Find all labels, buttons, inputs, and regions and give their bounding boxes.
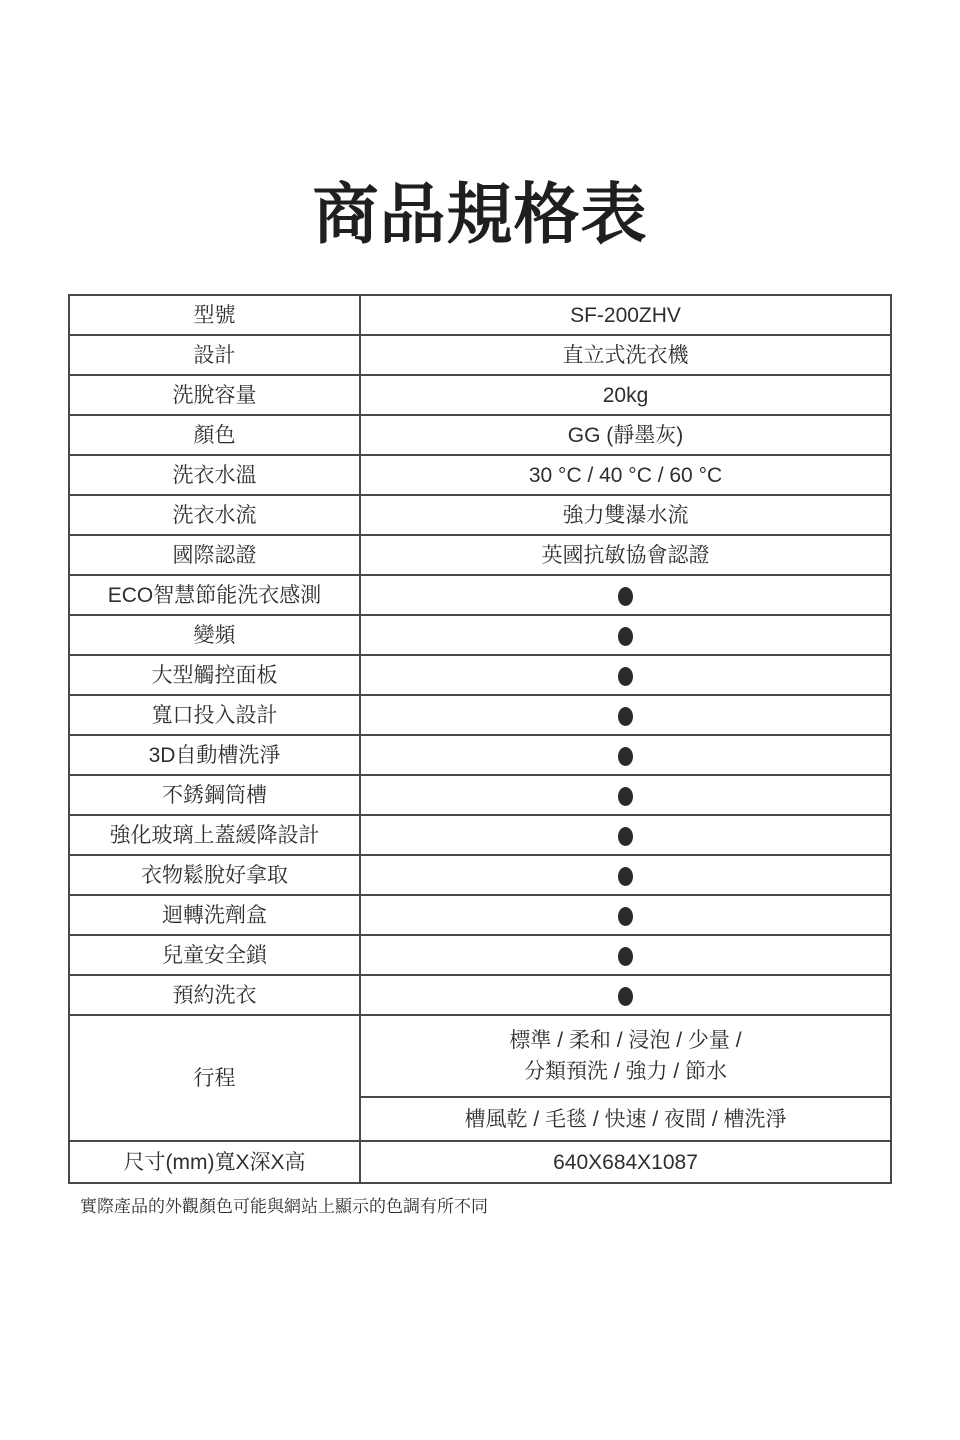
spec-row: 不銹鋼筒槽 <box>69 775 891 815</box>
feature-dot-cell <box>360 855 891 895</box>
spec-label: 強化玻璃上蓋緩降設計 <box>69 815 360 855</box>
spec-row: 強化玻璃上蓋緩降設計 <box>69 815 891 855</box>
program-values-top: 標準 / 柔和 / 浸泡 / 少量 /分類預洗 / 強力 / 節水 <box>360 1015 891 1097</box>
feature-included-dot-icon <box>618 827 633 846</box>
feature-included-dot-icon <box>618 667 633 686</box>
spec-table: 型號SF-200ZHV設計直立式洗衣機洗脫容量20kg顏色GG (靜墨灰)洗衣水… <box>68 294 892 1184</box>
spec-label: 預約洗衣 <box>69 975 360 1015</box>
spec-label: 尺寸(mm)寬X深X高 <box>69 1141 360 1183</box>
spec-label: 設計 <box>69 335 360 375</box>
feature-dot-cell <box>360 975 891 1015</box>
spec-label: 洗衣水溫 <box>69 455 360 495</box>
feature-included-dot-icon <box>618 987 633 1006</box>
spec-row: 洗脫容量20kg <box>69 375 891 415</box>
feature-dot-cell <box>360 695 891 735</box>
spec-label: 變頻 <box>69 615 360 655</box>
spec-row: 大型觸控面板 <box>69 655 891 695</box>
feature-included-dot-icon <box>618 907 633 926</box>
spec-label: 迴轉洗劑盒 <box>69 895 360 935</box>
spec-label: 國際認證 <box>69 535 360 575</box>
spec-value: 30 °C / 40 °C / 60 °C <box>360 455 891 495</box>
feature-included-dot-icon <box>618 587 633 606</box>
feature-dot-cell <box>360 655 891 695</box>
feature-dot-cell <box>360 775 891 815</box>
spec-label: 行程 <box>69 1015 360 1141</box>
feature-included-dot-icon <box>618 707 633 726</box>
spec-label: 洗衣水流 <box>69 495 360 535</box>
spec-value: 640X684X1087 <box>360 1141 891 1183</box>
spec-label: 型號 <box>69 295 360 335</box>
feature-dot-cell <box>360 615 891 655</box>
spec-label: 兒童安全鎖 <box>69 935 360 975</box>
spec-label: 大型觸控面板 <box>69 655 360 695</box>
spec-row: 兒童安全鎖 <box>69 935 891 975</box>
spec-row: 3D自動槽洗淨 <box>69 735 891 775</box>
spec-label: 衣物鬆脫好拿取 <box>69 855 360 895</box>
spec-value: SF-200ZHV <box>360 295 891 335</box>
feature-included-dot-icon <box>618 947 633 966</box>
feature-included-dot-icon <box>618 627 633 646</box>
feature-included-dot-icon <box>618 747 633 766</box>
spec-label: 寬口投入設計 <box>69 695 360 735</box>
spec-label: 顏色 <box>69 415 360 455</box>
spec-value: GG (靜墨灰) <box>360 415 891 455</box>
program-values-bottom: 槽風乾 / 毛毯 / 快速 / 夜間 / 槽洗淨 <box>360 1097 891 1141</box>
spec-row: 顏色GG (靜墨灰) <box>69 415 891 455</box>
feature-dot-cell <box>360 935 891 975</box>
spec-label: ECO智慧節能洗衣感測 <box>69 575 360 615</box>
spec-row: 洗衣水流強力雙瀑水流 <box>69 495 891 535</box>
dimension-row: 尺寸(mm)寬X深X高640X684X1087 <box>69 1141 891 1183</box>
feature-dot-cell <box>360 735 891 775</box>
spec-label: 洗脫容量 <box>69 375 360 415</box>
spec-row: 洗衣水溫30 °C / 40 °C / 60 °C <box>69 455 891 495</box>
spec-table-body: 型號SF-200ZHV設計直立式洗衣機洗脫容量20kg顏色GG (靜墨灰)洗衣水… <box>69 295 891 1183</box>
spec-label: 不銹鋼筒槽 <box>69 775 360 815</box>
spec-row: 預約洗衣 <box>69 975 891 1015</box>
feature-included-dot-icon <box>618 787 633 806</box>
spec-value: 英國抗敏協會認證 <box>360 535 891 575</box>
spec-row: 衣物鬆脫好拿取 <box>69 855 891 895</box>
feature-included-dot-icon <box>618 867 633 886</box>
program-values-line: 標準 / 柔和 / 浸泡 / 少量 / <box>367 1025 884 1056</box>
program-row: 行程標準 / 柔和 / 浸泡 / 少量 /分類預洗 / 強力 / 節水 <box>69 1015 891 1097</box>
page-title: 商品規格表 <box>0 180 960 249</box>
feature-dot-cell <box>360 575 891 615</box>
footer-note: 實際產品的外觀顏色可能與網站上顯示的色調有所不同 <box>80 1197 960 1217</box>
feature-dot-cell <box>360 815 891 855</box>
program-values-line: 分類預洗 / 強力 / 節水 <box>367 1056 884 1087</box>
feature-dot-cell <box>360 895 891 935</box>
spec-row: 國際認證英國抗敏協會認證 <box>69 535 891 575</box>
spec-row: ECO智慧節能洗衣感測 <box>69 575 891 615</box>
spec-row: 變頻 <box>69 615 891 655</box>
spec-value: 直立式洗衣機 <box>360 335 891 375</box>
spec-row: 設計直立式洗衣機 <box>69 335 891 375</box>
spec-value: 強力雙瀑水流 <box>360 495 891 535</box>
spec-row: 型號SF-200ZHV <box>69 295 891 335</box>
spec-value: 20kg <box>360 375 891 415</box>
spec-label: 3D自動槽洗淨 <box>69 735 360 775</box>
spec-row: 迴轉洗劑盒 <box>69 895 891 935</box>
spec-row: 寬口投入設計 <box>69 695 891 735</box>
